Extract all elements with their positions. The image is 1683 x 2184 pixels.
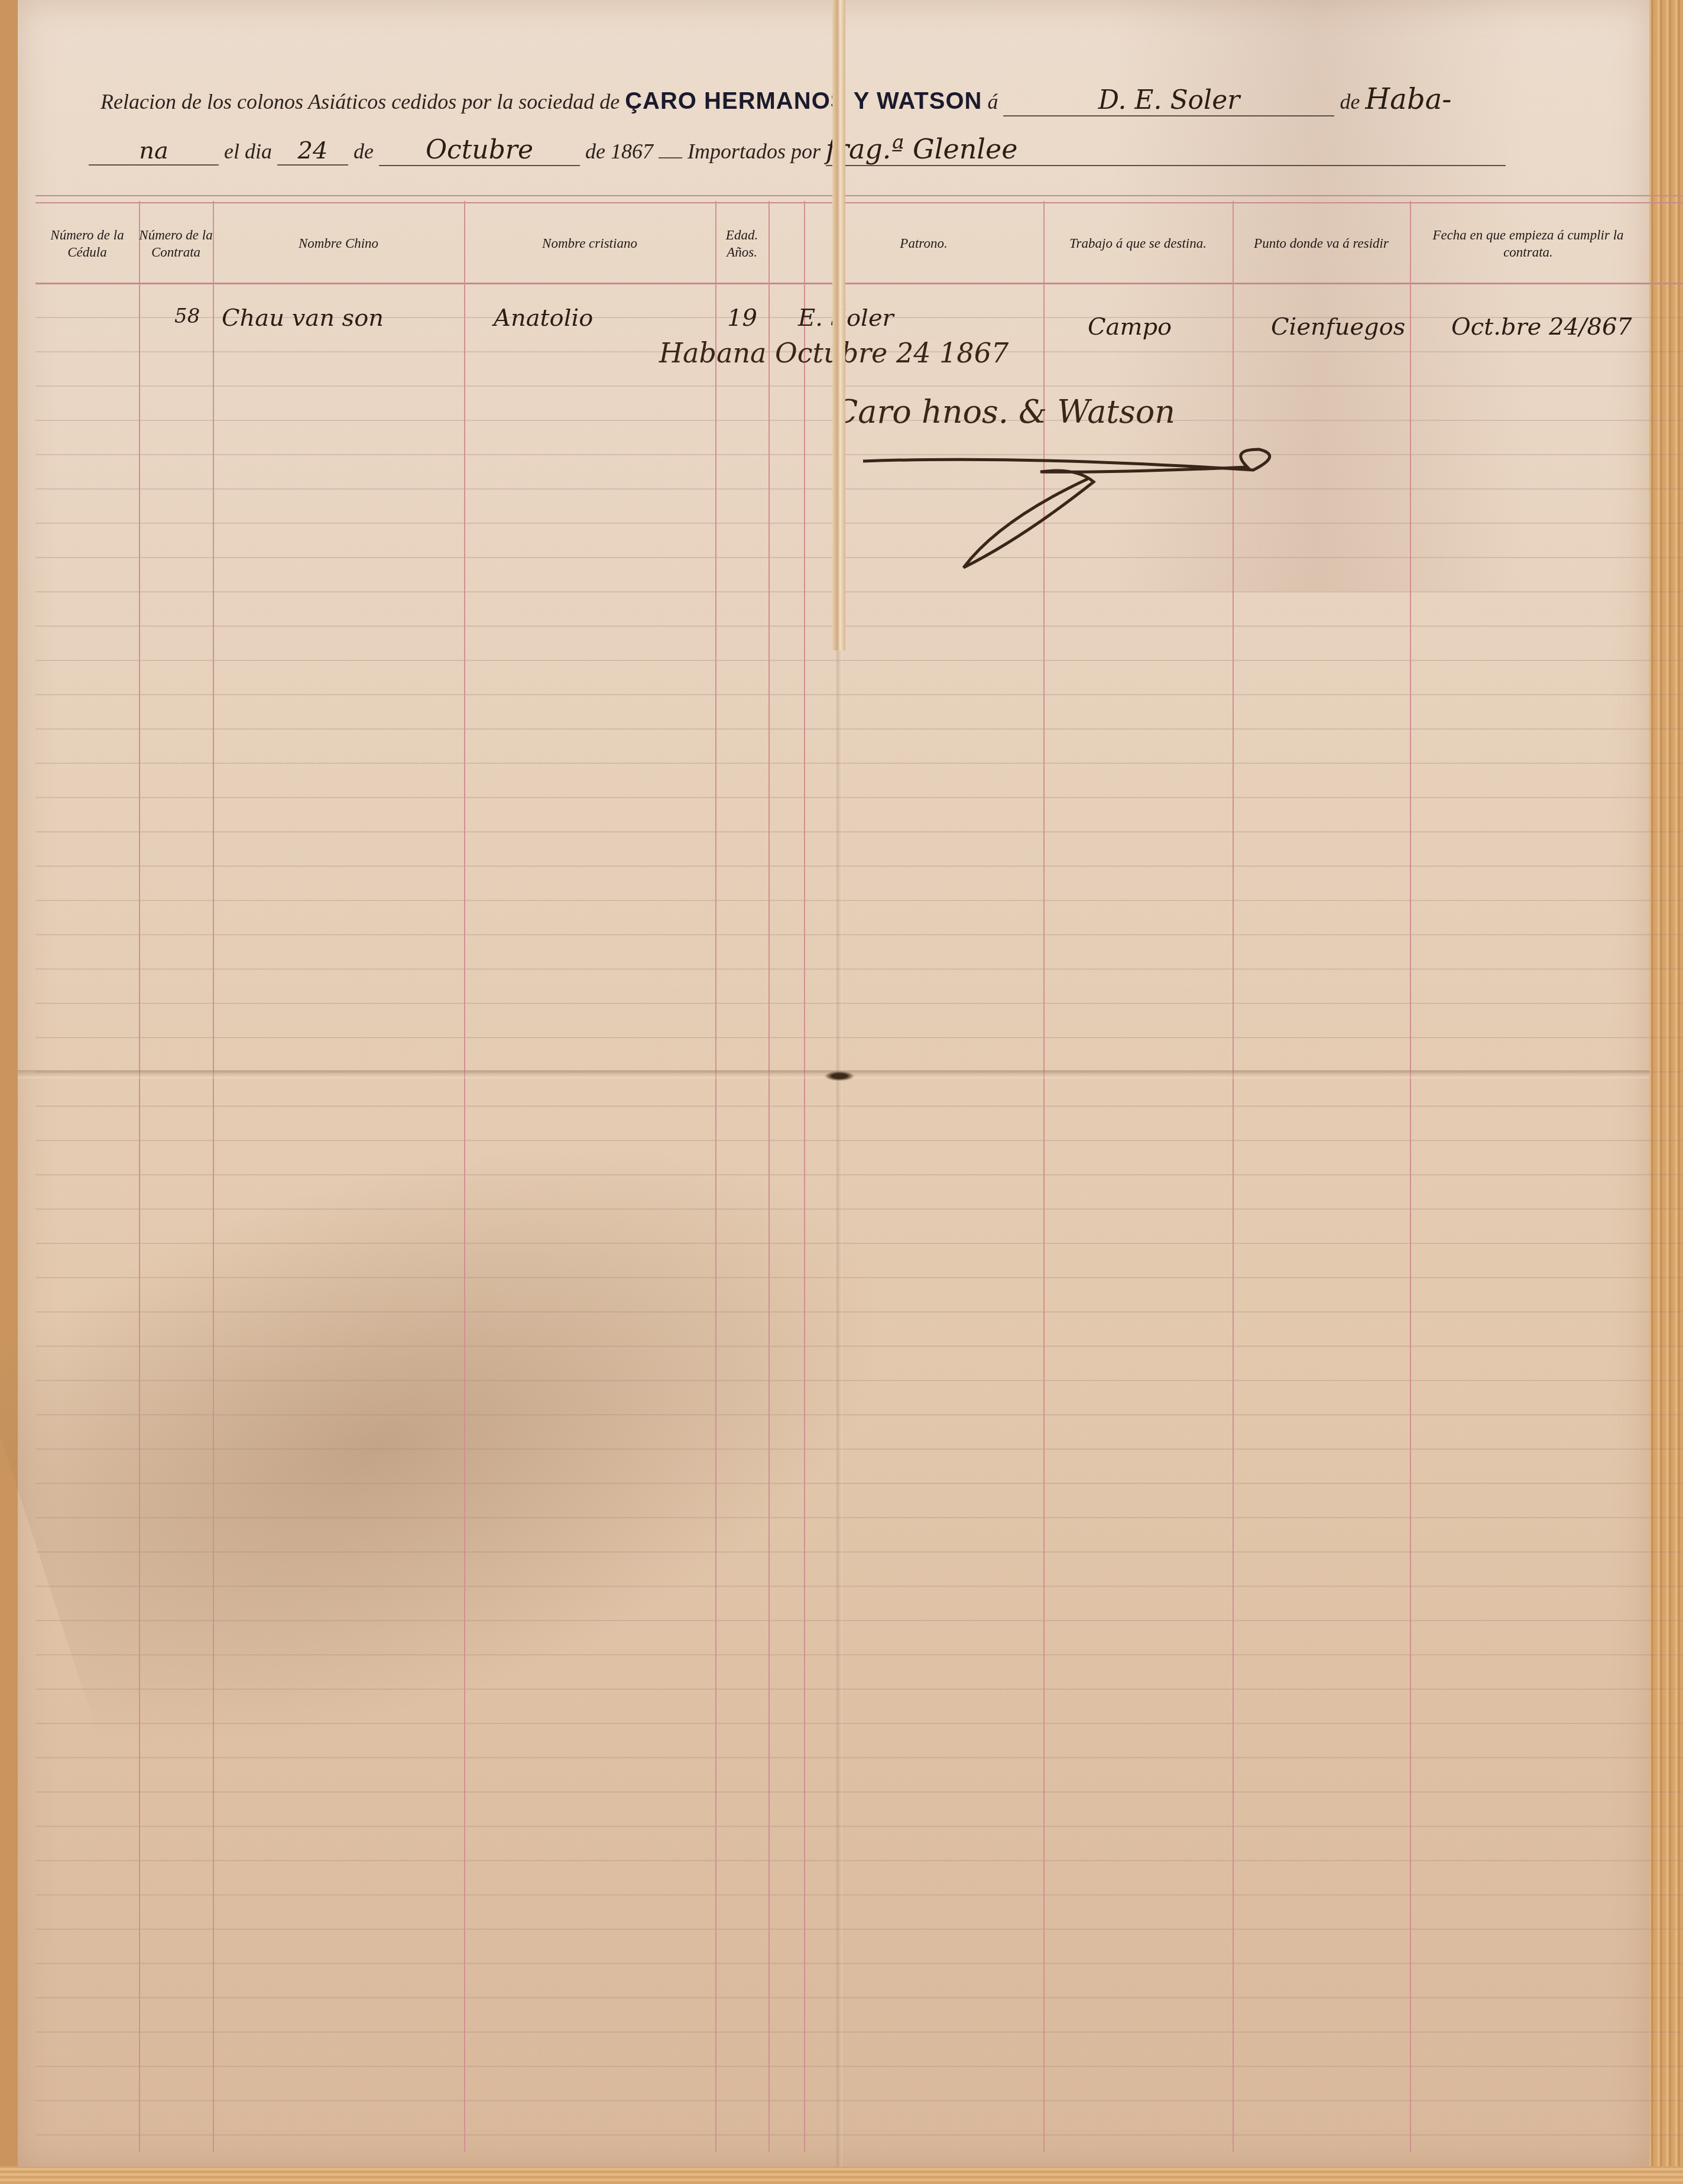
- fold-crease-vertical: [832, 0, 845, 650]
- cell-contrata: 58: [174, 304, 200, 328]
- cell-patrono: E. Soler: [798, 304, 894, 332]
- column-header-contrata: Número de la Contrata: [139, 207, 213, 281]
- tear-mark: [822, 1070, 857, 1082]
- wood-table-edge: [0, 2166, 1683, 2184]
- month-field: Octubre: [379, 135, 580, 166]
- column-header-edad: Edad. Años.: [715, 207, 768, 281]
- column-header-residencia: Punto donde va á residir: [1233, 207, 1410, 281]
- document-title: Relacion de los colonos Asiáticos cedido…: [100, 83, 1683, 116]
- cell-trabajo: Campo: [1088, 313, 1172, 341]
- year-blank: [659, 157, 682, 158]
- column-divider: [464, 201, 465, 2152]
- cell-nombre-cristiano: Anatolio: [494, 304, 593, 332]
- imported-label: Importados por: [688, 140, 821, 163]
- company-name: ÇARO HERMANOS Y WATSON: [625, 88, 982, 114]
- column-header-nombre-chino: Nombre Chino: [213, 207, 464, 281]
- ledger-sheet: Relacion de los colonos Asiáticos cedido…: [18, 0, 1649, 2167]
- signature: Caro hnos. & Watson: [834, 393, 1175, 430]
- column-divider: [804, 201, 805, 2152]
- day-field: 24: [277, 137, 348, 166]
- column-divider: [768, 201, 770, 2152]
- signature-flourish-icon: [845, 432, 1295, 585]
- fold-crease-lower: [836, 650, 842, 2167]
- cell-nombre-chino: Chau van son: [222, 304, 384, 332]
- column-divider: [139, 201, 140, 2152]
- to-word: á: [987, 90, 998, 114]
- city-part2: na: [89, 137, 219, 166]
- year-label: de 1867: [585, 140, 653, 163]
- column-header-nombre-cristiano: Nombre cristiano: [464, 207, 715, 281]
- column-header-cedula: Número de la Cédula: [35, 207, 139, 281]
- day-label: el dia: [224, 140, 272, 163]
- column-divider: [213, 201, 214, 2152]
- title-prefix: Relacion de los colonos Asiáticos cedido…: [100, 90, 620, 114]
- city-part1: Haba-: [1365, 83, 1451, 116]
- cell-fecha: Oct.bre 24/867: [1451, 313, 1632, 341]
- header-rule: [35, 283, 1683, 284]
- de-word: de: [354, 140, 374, 163]
- recipient-field: D. E. Soler: [1003, 85, 1334, 116]
- document-subtitle: na el dia 24 de Octubre de 1867 Importad…: [89, 133, 1637, 166]
- of-word: de: [1340, 90, 1360, 114]
- cell-edad: 19: [727, 304, 757, 332]
- column-divider: [715, 201, 716, 2152]
- ship-field: frag.ª Glenlee: [826, 133, 1506, 166]
- column-header-trabajo: Trabajo á que se destina.: [1043, 207, 1233, 281]
- top-double-rule: [35, 195, 1683, 203]
- column-divider: [1410, 201, 1411, 2152]
- cell-residencia: Cienfuegos: [1271, 313, 1405, 341]
- column-header-fecha: Fecha en que empieza á cumplir la contra…: [1410, 207, 1646, 281]
